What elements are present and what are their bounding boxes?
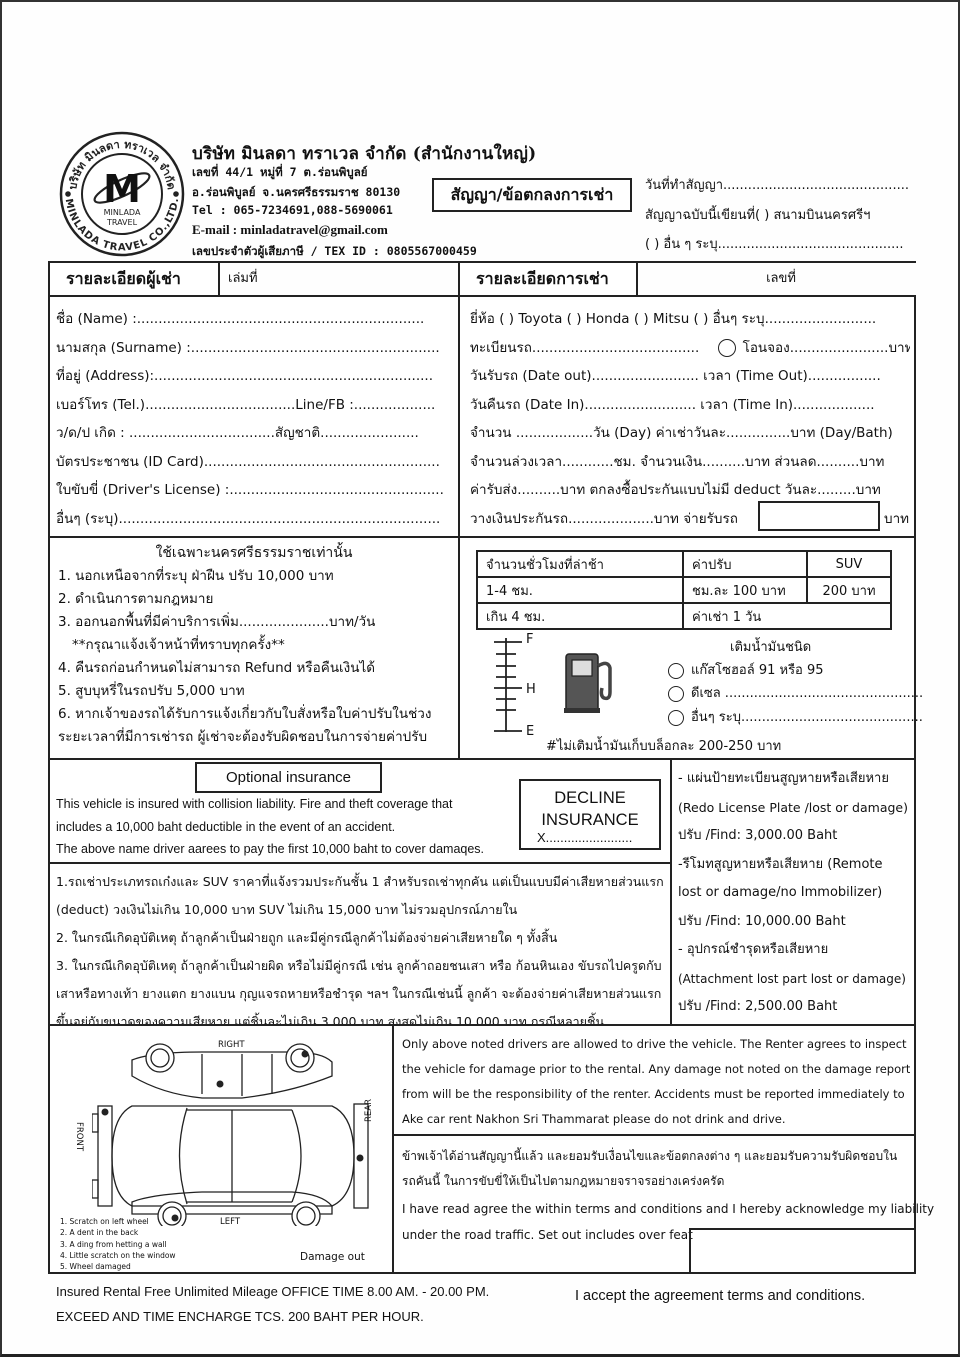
company-tax-id: เลขประจำตัวผู้เสียภาษี / TEX ID : 080556… (192, 243, 477, 261)
fine-item-remote-desc: lost or damage/no Immobilizer) (678, 879, 908, 908)
decline-label: DECLINE (521, 787, 659, 809)
diagram-label-left: LEFT (220, 1217, 240, 1227)
fine-cell: ชม.ละ 100 บาท (683, 577, 807, 603)
damage-legend-item: 2. A dent in the back (60, 1227, 176, 1238)
renter-name-field[interactable]: ชื่อ (Name) :...........................… (56, 305, 454, 334)
contract-other-location-field[interactable]: ( ) อื่น ๆ ระบุ.........................… (645, 233, 904, 254)
insurance-term-line: (deduct) วงเงินไม่เกิน 10,000 บาท SUV ไม… (56, 896, 664, 924)
insurance-term-line: 1.รถเช่าประเภทรถเก๋งและ SUV ราคาที่แจ้งร… (56, 868, 664, 896)
late-fee-table: จำนวนชั่วโมงที่ล่าช้า ค่าปรับ SUV 1-4 ชม… (476, 550, 892, 630)
fine-item-remote-amount: ปรับ /Find: 10,000.00 Baht (678, 908, 908, 937)
gasohol-radio[interactable] (668, 663, 684, 679)
rule-note: **กรุณาแจ้งเจ้าหน้าที่ทราบทุกครั้ง** (58, 634, 431, 657)
company-tel: Tel : 065-7234691,088-5690061 (192, 203, 393, 217)
driver-notice-panel: Only above noted drivers are allowed to … (392, 1024, 916, 1136)
table-row: เกิน 4 ชม. ค่าเช่า 1 วัน (477, 603, 891, 629)
diagram-label-front: FRONT (74, 1122, 84, 1151)
renter-surname-field[interactable]: นามสกุล (Surname) :.....................… (56, 334, 454, 363)
company-email: E-mail : minladatravel@gmail.com (192, 222, 388, 238)
decline-insurance-box[interactable]: DECLINE INSURANCE X.....................… (519, 779, 661, 850)
fine-item-attachment-desc: (Attachment lost part lost or damage) (678, 965, 908, 994)
footer-office-time: Insured Rental Free Unlimited Mileage OF… (56, 1284, 489, 1299)
renter-birthdate-nationality-field[interactable]: ว/ด/ป เกิด : ...........................… (56, 419, 454, 448)
fine-item-attachment-title: - อุปกรณ์ชำรุดหรือเสียหาย (678, 936, 908, 965)
other-fuel-label: อื่นๆ ระบุ..............................… (691, 710, 923, 725)
insurance-text-line: This vehicle is insured with collision l… (56, 793, 484, 816)
header-suv: SUV (807, 551, 891, 577)
notice-line: the vehicle for damage prior to the rent… (402, 1057, 910, 1082)
gauge-label-empty: E (526, 724, 534, 739)
ack-thai-line: รถคันนี้ ในการขับขี่ให้เป็นไปตามกฎหมายจร… (402, 1169, 897, 1194)
renter-details-header: รายละเอียดผู้เช่า (48, 261, 220, 297)
renter-id-card-field[interactable]: บัตรประชาชน (ID Card)...................… (56, 448, 454, 477)
insurance-term-line: เสาหรือทางเท้า ยางแตก ยางแบน กุญแจรถหายห… (56, 980, 664, 1008)
notice-line: from will be the responsibility of the r… (402, 1082, 910, 1107)
table-row: 1-4 ชม. ชม.ละ 100 บาท 200 บาท (477, 577, 891, 603)
pickup-payment-baht-label: บาท (884, 507, 909, 529)
rental-number-field[interactable]: เลขที่ (636, 261, 916, 297)
car-brand-field[interactable]: ยี่ห้อ ( ) Toyota ( ) Honda ( ) Mitsu ( … (470, 305, 910, 334)
deposit-field[interactable]: วางเงินประกันรถ....................บาท จ… (470, 511, 738, 527)
fuel-type-title: เติมน้ำมันชนิด (730, 636, 811, 657)
renter-address-field[interactable]: ที่อยู่ (Address):......................… (56, 362, 454, 391)
other-fuel-radio[interactable] (668, 710, 684, 726)
notice-line: Ake car rent Nakhon Sri Thammarat please… (402, 1107, 910, 1132)
ack-english-line: I have read agree the within terms and c… (402, 1196, 934, 1222)
date-out-field[interactable]: วันรับรถ (Date out).....................… (470, 362, 910, 391)
renter-details-panel: ชื่อ (Name) :...........................… (48, 295, 460, 538)
plate-and-transfer-row: ทะเบียนรถ...............................… (470, 334, 910, 363)
contract-written-at-field[interactable]: สัญญาฉบับนี้เขียนที่( ) สนามบินนครศรีฯ (645, 204, 870, 225)
car-damage-diagram[interactable] (92, 1036, 372, 1226)
renter-other-field[interactable]: อื่นๆ (ระบุ)............................… (56, 505, 454, 534)
rule-item: 5. สูบบุหรี่ในรถปรับ 5,000 บาท (58, 680, 431, 703)
notice-line: Only above noted drivers are allowed to … (402, 1032, 910, 1057)
gasohol-label: แก๊สโซฮอล์ 91 หรือ 95 (691, 663, 824, 678)
footer-accept-statement: I accept the agreement terms and conditi… (575, 1288, 865, 1304)
gauge-label-half: H (526, 682, 536, 697)
renter-drivers-license-field[interactable]: ใบขับขี่ (Driver's License) :...........… (56, 476, 454, 505)
book-number-label: เล่มที่ (228, 271, 258, 286)
company-logo: บริษัท มินลดา ทราเวล จำกัด MINLADA TRAVE… (58, 130, 186, 258)
fine-cell: ค่าเช่า 1 วัน (683, 603, 891, 629)
rental-days-rate-field[interactable]: จำนวน ..................วัน (Day) ค่าเช่… (470, 419, 910, 448)
late-hours-cell: เกิน 4 ชม. (477, 603, 683, 629)
rule-item: 1. นอกเหนือจากที่ระบุ ฝ่าฝืน ปรับ 10,000… (58, 565, 431, 588)
fuel-option-other[interactable]: อื่นๆ ระบุ..............................… (668, 706, 923, 727)
usage-rules-panel: ใช้เฉพาะนครศรีธรรมราชเท่านั้น 1. นอกเหนื… (48, 536, 460, 760)
company-address-1: เลขที่ 44/1 หมู่ที่ 7 ต.ร่อนพิบูลย์ (192, 164, 367, 182)
rule-item: 2. ดำเนินการตามกฎหมาย (58, 588, 431, 611)
transfer-deposit-field[interactable]: โอนจอง.......................บาท (743, 340, 910, 356)
rental-details-header: รายละเอียดการเช่า (458, 261, 638, 297)
rental-details-panel: ยี่ห้อ ( ) Toyota ( ) Honda ( ) Mitsu ( … (458, 295, 916, 538)
document-title: สัญญา/ข้อตกลงการเช่า (432, 178, 632, 212)
table-header-row: จำนวนชั่วโมงที่ล่าช้า ค่าปรับ SUV (477, 551, 891, 577)
diesel-label: ดีเซล ..................................… (691, 686, 923, 701)
fine-item-remote-title: -รีโมทสูญหายหรือเสียหาย (Remote (678, 851, 908, 880)
insurance-term-line: 2. ในกรณีเกิดอุบัติเหตุ ถ้าลูกค้าเป็นฝ่า… (56, 924, 664, 952)
header-late-hours: จำนวนชั่วโมงที่ล่าช้า (477, 551, 683, 577)
rental-number-label: เลขที่ (766, 271, 796, 286)
damage-legend-item: 3. A ding from hetting a wall (60, 1239, 176, 1250)
optional-insurance-title: Optional insurance (195, 762, 382, 793)
insurance-text-line: includes a 10,000 baht deductible in the… (56, 816, 484, 839)
damage-legend-item: 1. Scratch on left wheel (60, 1216, 176, 1227)
insurance-label: INSURANCE (521, 809, 659, 831)
damage-legend-item: 5. Wheel damaged (60, 1261, 176, 1272)
ack-thai-line: ข้าพเจ้าได้อ่านสัญญานี้แล้ว และยอมรับเงื… (402, 1144, 897, 1169)
decline-signature-field[interactable]: X........................ (521, 831, 659, 845)
fuel-pump-icon (564, 652, 622, 714)
logo-line2: TRAVEL (106, 218, 138, 227)
renter-signature-field[interactable] (689, 1228, 916, 1274)
fine-item-plate-amount: ปรับ /Find: 3,000.00 Baht (678, 822, 908, 851)
logo-line1: MINLADA (104, 208, 141, 217)
rental-contract-page: บริษัท มินลดา ทราเวล จำกัด MINLADA TRAVE… (0, 0, 960, 1357)
rule-item: 4. คืนรถก่อนกำหนดไม่สามารถ Refund หรือคื… (58, 657, 431, 680)
license-plate-field[interactable]: ทะเบียนรถ...............................… (470, 340, 699, 356)
fuel-refill-note: #ไม่เติมน้ำมันเก็บบล็อกละ 200-250 บาท (546, 735, 781, 756)
insurance-text-line: The above name driver aarees to pay the … (56, 838, 484, 861)
logo-m-letter: M (103, 167, 141, 211)
late-hours-cell: 1-4 ชม. (477, 577, 683, 603)
rule-item: 3. ออกนอกพื้นที่มีค่าบริการเพิ่ม........… (58, 611, 431, 634)
renter-book-number-field[interactable]: เล่มที่ (218, 261, 458, 297)
company-address-2: อ.ร่อนพิบูลย์ จ.นครศรีธรรมราช 80130 (192, 184, 400, 202)
diagram-label-right: RIGHT (218, 1040, 245, 1050)
fine-item-attachment-amount: ปรับ /Find: 2,500.00 Baht (678, 993, 908, 1022)
rules-title: ใช้เฉพาะนครศรีธรรมราชเท่านั้น (50, 542, 458, 564)
pickup-payment-input[interactable] (758, 501, 880, 531)
header-fine: ค่าปรับ (683, 551, 807, 577)
date-in-field[interactable]: วันคืนรถ (Date In)......................… (470, 391, 910, 420)
diesel-radio[interactable] (668, 686, 684, 702)
company-name: บริษัท มินลดา ทราเวล จำกัด (สำนักงานใหญ่… (192, 140, 536, 167)
renter-tel-line-field[interactable]: เบอร์โทร (Tel.).........................… (56, 391, 454, 420)
contract-date-field[interactable]: วันที่ทำสัญญา...........................… (645, 174, 909, 195)
damage-out-caption: Damage out (300, 1251, 365, 1263)
transfer-deposit-radio[interactable] (718, 339, 736, 357)
fine-item-plate-desc: (Redo License Plate /lost or damage) (678, 794, 908, 823)
rule-item-continued: ระยะเวลาที่มีการเช่ารถ ผู้เช่าจะต้องรับผ… (58, 726, 431, 749)
overtime-discount-field[interactable]: จำนวนล่วงเวลา............ชม. จำนวนเงิน..… (470, 448, 910, 477)
fines-panel: - แผ่นป้ายทะเบียนสูญหายหรือเสียหาย (Redo… (670, 758, 916, 1026)
suv-fine-cell: 200 บาท (807, 577, 891, 603)
insurance-terms-panel: 1.รถเช่าประเภทรถเก๋งและ SUV ราคาที่แจ้งร… (48, 862, 672, 1026)
footer-overtime-charge: EXCEED AND TIME ENCHARGE TCS. 200 BAHT P… (56, 1309, 424, 1324)
rule-item: 6. หากเจ้าของรถได้รับการแจ้งเกี่ยวกับใบส… (58, 703, 431, 726)
damage-legend-item: 4. Little scratch on the window (60, 1250, 176, 1261)
fuel-option-gasohol[interactable]: แก๊สโซฮอล์ 91 หรือ 95 (668, 659, 824, 680)
gauge-label-full: F (526, 632, 533, 647)
diagram-label-rear: REAR (364, 1099, 374, 1122)
fine-item-plate-title: - แผ่นป้ายทะเบียนสูญหายหรือเสียหาย (678, 765, 908, 794)
insurance-term-line: 3. ในกรณีเกิดอุบัติเหตุ ถ้าลูกค้าเป็นฝ่า… (56, 952, 664, 980)
fuel-option-diesel[interactable]: ดีเซล ..................................… (668, 682, 923, 703)
acknowledgement-panel: ข้าพเจ้าได้อ่านสัญญานี้แล้ว และยอมรับเงื… (392, 1134, 916, 1274)
